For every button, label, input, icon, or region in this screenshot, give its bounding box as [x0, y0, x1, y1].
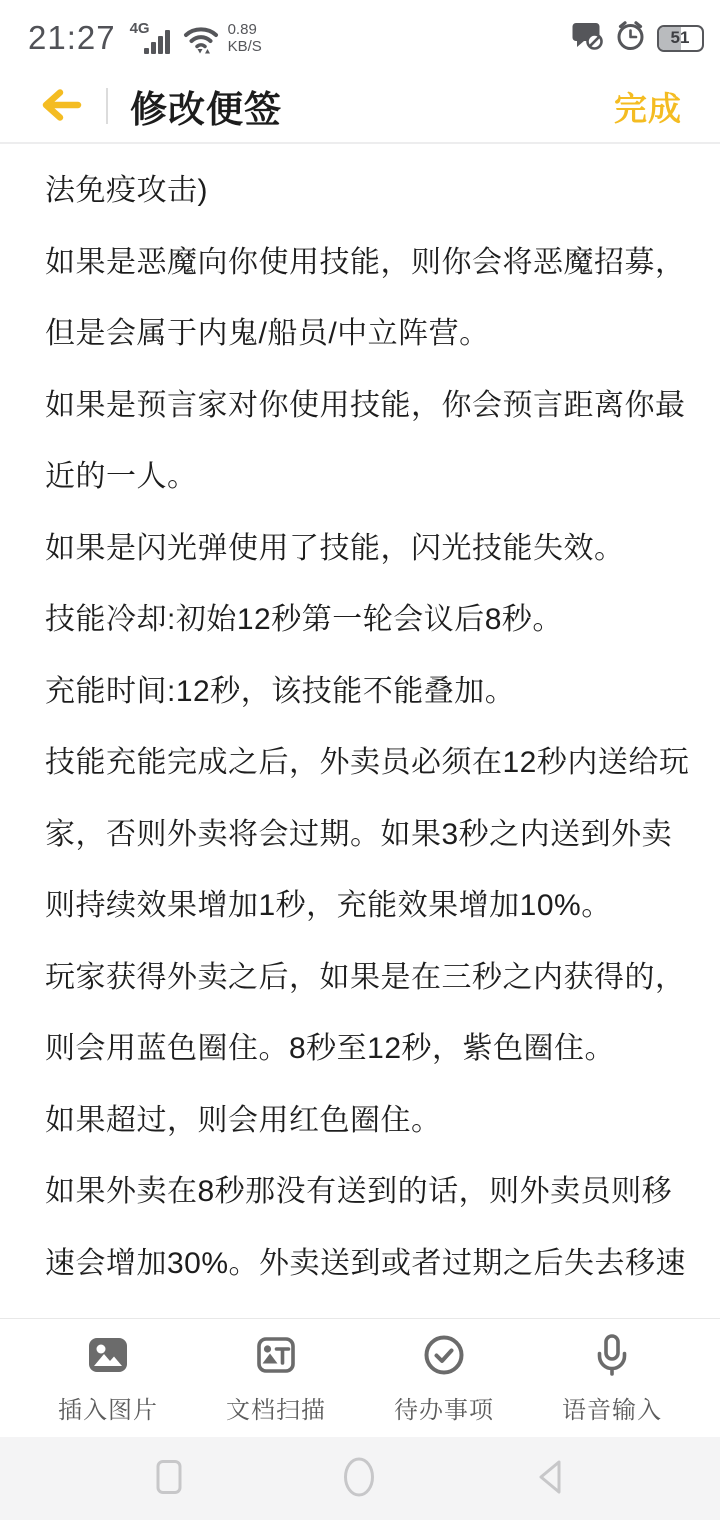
back-button[interactable]: [36, 88, 82, 125]
insert-image-icon: [85, 1332, 131, 1381]
toolbar-item-label: 插入图片: [58, 1390, 158, 1425]
note-text-line: 如果是预言家对你使用技能，你会预言距离你最: [45, 370, 676, 442]
bottom-toolbar: 插入图片 文档扫描 待办事项: [0, 1318, 720, 1437]
toolbar-item-label: 待办事项: [394, 1390, 494, 1425]
doc-scan-button[interactable]: 文档扫描: [192, 1332, 360, 1425]
note-text-line: 技能冷却:初始12秒第一轮会议后8秒。: [45, 584, 676, 656]
nav-recents-button[interactable]: [156, 1459, 182, 1498]
back-arrow-icon: [36, 88, 82, 125]
mic-icon: [589, 1332, 635, 1381]
note-text-line: 玩家获得外卖之后，如果是在三秒之内获得的，: [45, 942, 676, 1014]
note-text-line: 速会增加30%。外卖送到或者过期之后失去移速: [45, 1228, 676, 1300]
note-text-line: 如果是闪光弹使用了技能，闪光技能失效。: [45, 513, 676, 585]
note-text-line: 充能时间:12秒，该技能不能叠加。: [45, 656, 676, 728]
toolbar-item-label: 语音输入: [562, 1390, 662, 1425]
alarm-clock-icon: [614, 19, 647, 57]
todo-check-icon: [421, 1332, 467, 1381]
nav-home-button[interactable]: [343, 1457, 375, 1500]
battery-icon: 51: [657, 25, 701, 52]
doc-scan-icon: [253, 1332, 299, 1381]
header-divider: [106, 88, 108, 124]
note-text-line: 如果超过，则会用红色圈住。: [45, 1085, 676, 1157]
note-text-line: 近的一人。: [45, 441, 676, 513]
wifi-icon: [182, 20, 220, 61]
note-text-line: 如果是恶魔向你使用技能，则你会将恶魔招募，: [45, 227, 676, 299]
header: 修改便签 完成: [0, 70, 720, 142]
status-bar: 21:27 4G 0.89 KB/S: [0, 0, 720, 70]
cellular-signal-icon: 4G: [128, 19, 172, 57]
note-text-line: 则会用蓝色圈住。8秒至12秒，紫色圈住。: [45, 1013, 676, 1085]
page-title: 修改便签: [130, 79, 282, 133]
insert-image-button[interactable]: 插入图片: [24, 1332, 192, 1425]
voice-input-button[interactable]: 语音输入: [528, 1332, 696, 1425]
network-speed-unit: KB/S: [228, 38, 262, 55]
note-text-line: 技能充能完成之后，外卖员必须在12秒内送给玩: [45, 727, 676, 799]
todo-button[interactable]: 待办事项: [360, 1332, 528, 1425]
nav-back-button[interactable]: [536, 1458, 564, 1499]
note-text-line: 如果外卖在8秒那没有送到的话，则外卖员则移: [45, 1156, 676, 1228]
android-nav-bar: [0, 1437, 720, 1520]
network-speed: 0.89 KB/S: [228, 21, 262, 55]
toolbar-item-label: 文档扫描: [226, 1390, 326, 1425]
note-text-line: 家，否则外卖将会过期。如果3秒之内送到外卖: [45, 799, 676, 871]
signal-bars-icon: [144, 30, 170, 54]
battery-percent: 51: [671, 28, 690, 48]
note-text-area[interactable]: 法免疫攻击)如果是恶魔向你使用技能，则你会将恶魔招募，但是会属于内鬼/船员/中立…: [0, 144, 720, 1299]
network-speed-value: 0.89: [228, 21, 262, 38]
home-circle-icon: [343, 1457, 375, 1500]
back-triangle-icon: [536, 1458, 564, 1499]
done-button[interactable]: 完成: [614, 83, 682, 130]
note-text-line: 则持续效果增加1秒，充能效果增加10%。: [45, 870, 676, 942]
message-blocked-icon: [572, 21, 604, 56]
clock-time: 21:27: [28, 19, 116, 57]
note-text-line: 但是会属于内鬼/船员/中立阵营。: [45, 298, 676, 370]
note-text-line: 法免疫攻击): [45, 155, 676, 227]
recents-square-icon: [156, 1459, 182, 1498]
